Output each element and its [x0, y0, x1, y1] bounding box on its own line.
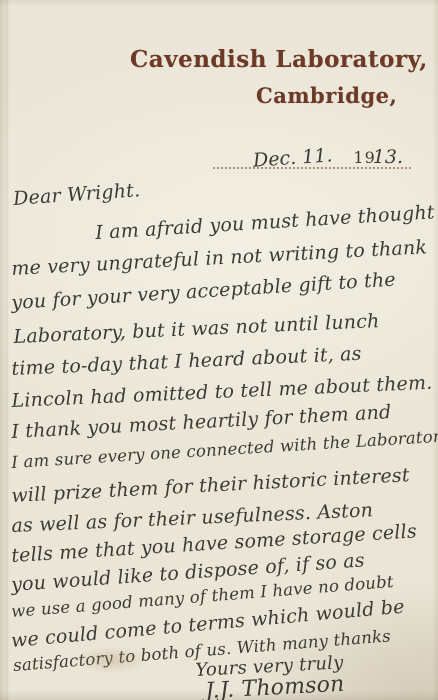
letter-line: time to-day that I heard about it, as: [11, 343, 362, 380]
year-group: 1913.: [353, 146, 403, 168]
letterhead-institution: Cavendish Laboratory,: [130, 46, 428, 73]
handwritten-date: Dec. 11.: [252, 144, 333, 171]
letter-page: Cavendish Laboratory, Cambridge, Dec. 11…: [0, 0, 438, 700]
letterhead-city: Cambridge,: [256, 83, 397, 108]
letter-line: Laboratory, but it was not until lunch: [13, 310, 380, 348]
salutation: Dear Wright.: [12, 179, 140, 210]
date-line: Dec. 11. 1913.: [213, 138, 411, 169]
handwritten-year-suffix: 13.: [373, 146, 403, 168]
